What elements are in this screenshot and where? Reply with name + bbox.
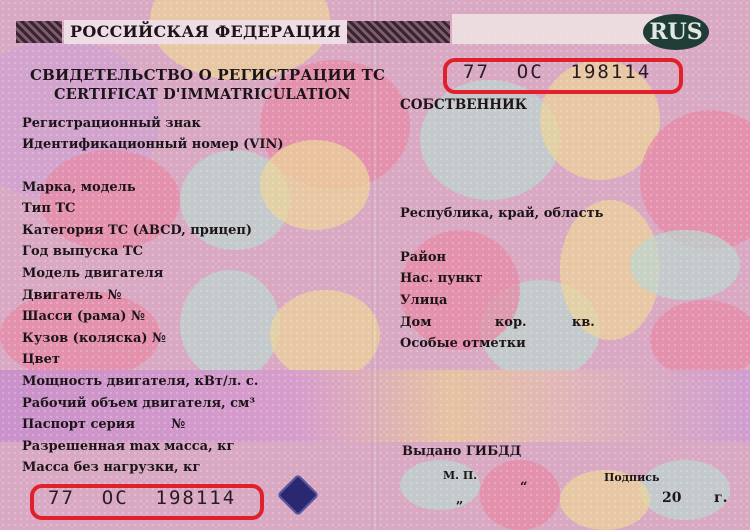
serial-number-bottom: 77 OC 198114 <box>48 487 236 509</box>
field-body-number: Кузов (коляска) № <box>22 331 166 346</box>
field-make-model: Марка, модель <box>22 180 136 195</box>
field-passport: Паспорт серия № <box>22 417 185 432</box>
field-street: Улица <box>400 293 447 308</box>
title-fr: CERTIFICAT D'IMMATRICULATION <box>54 86 351 103</box>
field-district: Район <box>400 250 446 265</box>
field-engine-number: Двигатель № <box>22 288 122 303</box>
field-category: Категория ТС (ABCD, прицеп) <box>22 223 252 238</box>
serial-number-top: 77 OC 198114 <box>463 61 651 83</box>
field-chassis-number: Шасси (рама) № <box>22 309 145 324</box>
registration-certificate: РОССИЙСКАЯ ФЕДЕРАЦИЯ RUS СВИДЕТЕЛЬСТВО О… <box>0 0 750 530</box>
header-blank-field <box>452 14 662 44</box>
ornament-bar-left <box>16 21 62 43</box>
field-engine-power: Мощность двигателя, кВт/л. с. <box>22 374 258 389</box>
issued-by: Выдано ГИБДД <box>402 444 521 459</box>
field-engine-model: Модель двигателя <box>22 266 163 281</box>
field-year: Год выпуска ТС <box>22 244 143 259</box>
year-suffix: г. <box>714 490 727 506</box>
field-max-mass: Разрешенная max масса, кг <box>22 439 235 454</box>
field-reg-plate: Регистрационный знак <box>22 116 201 131</box>
field-engine-volume: Рабочий объем двигателя, см³ <box>22 396 255 411</box>
field-vehicle-type: Тип ТС <box>22 201 75 216</box>
field-region: Республика, край, область <box>400 206 603 221</box>
field-special-notes: Особые отметки <box>400 336 526 351</box>
signature-label: Подпись <box>604 471 659 484</box>
title-ru: СВИДЕТЕЛЬСТВО О РЕГИСТРАЦИИ ТС <box>30 66 385 84</box>
field-locality: Нас. пункт <box>400 271 482 286</box>
country-code-badge: RUS <box>643 14 709 50</box>
date-quote-open: „ <box>456 492 463 507</box>
country-header: РОССИЙСКАЯ ФЕДЕРАЦИЯ <box>64 20 347 44</box>
field-color: Цвет <box>22 352 60 367</box>
field-unladen-mass: Масса без нагрузки, кг <box>22 460 200 475</box>
year-prefix: 20 <box>662 490 681 506</box>
stamp-label: М. П. <box>443 469 477 482</box>
field-vin: Идентификационный номер (VIN) <box>22 137 283 152</box>
field-house: Дом кор. кв. <box>400 315 595 330</box>
owner-label: СОБСТВЕННИК <box>400 97 527 113</box>
date-quote-close: “ <box>520 480 527 495</box>
